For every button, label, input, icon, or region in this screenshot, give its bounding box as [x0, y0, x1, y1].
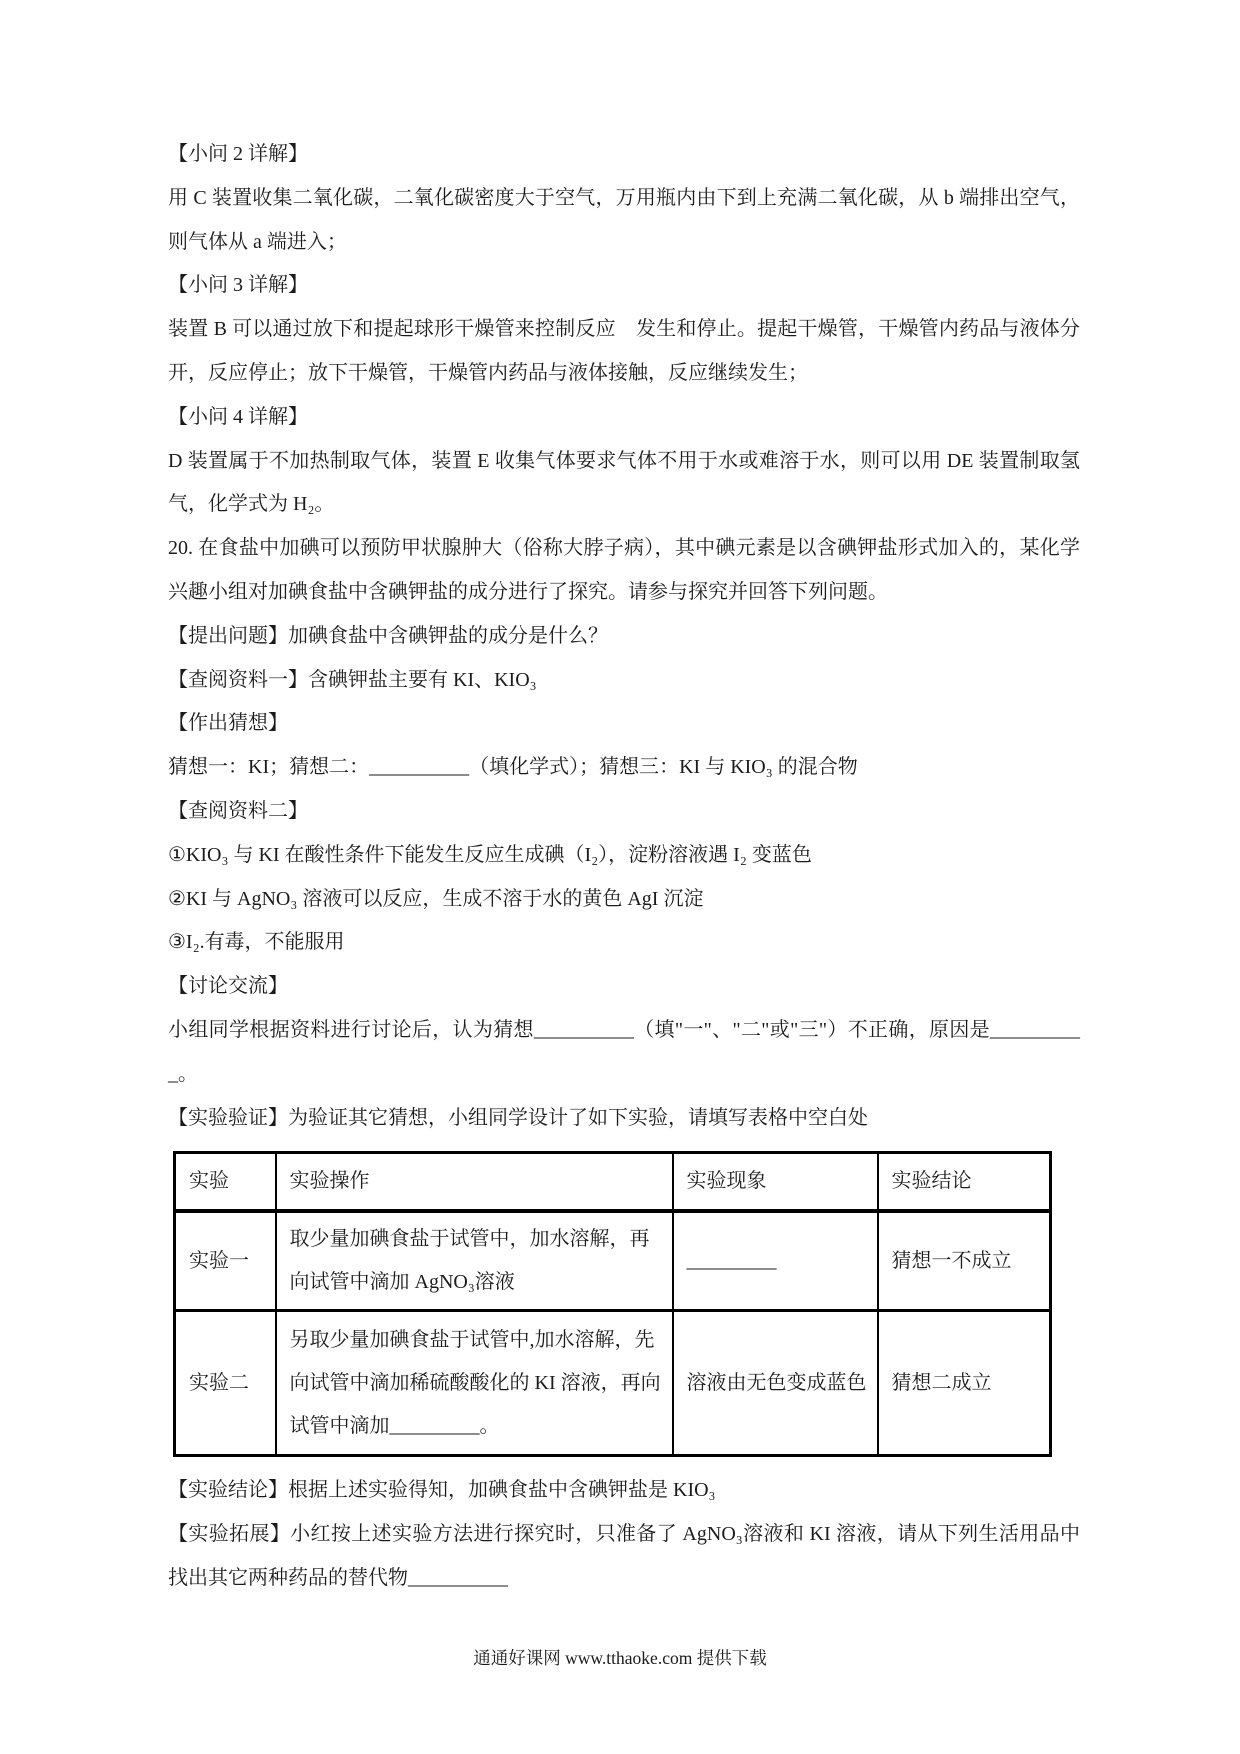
para-verification-intro: 【实验验证】为验证其它猜想，小组同学设计了如下实验，请填写表格中空白处 — [168, 1097, 1080, 1141]
column-header-phenomenon: 实验现象 — [673, 1153, 878, 1211]
document-page: 【小问 2 详解】 用 C 装置收集二氧化碳，二氧化碳密度大于空气，万用瓶内由下… — [0, 0, 1240, 1754]
para-detail-q2: 用 C 装置收集二氧化碳，二氧化碳密度大于空气，万用瓶内由下到上充满二氧化碳，从… — [168, 177, 1080, 265]
cell-experiment-2-phenomenon: 溶液由无色变成蓝色 — [673, 1311, 878, 1456]
heading-detail-q2: 【小问 2 详解】 — [168, 133, 1080, 177]
para-reference-material-1: 【查阅资料一】含碘钾盐主要有 KI、KIO₃ — [168, 659, 1080, 703]
table-header-row: 实验 实验操作 实验现象 实验结论 — [175, 1153, 1051, 1211]
para-experiment-extension: 【实验拓展】小红按上述实验方法进行探究时，只准备了 AgNO₃溶液和 KI 溶液… — [168, 1513, 1080, 1601]
para-discussion: 小组同学根据资料进行讨论后，认为猜想__________（填"一"、"二"或"三… — [168, 1009, 1080, 1097]
para-propose-question: 【提出问题】加碘食盐中含碘钾盐的成分是什么？ — [168, 615, 1080, 659]
para-experiment-conclusion: 【实验结论】根据上述实验得知，加碘食盐中含碘钾盐是 KIO₃ — [168, 1469, 1080, 1513]
cell-experiment-2-operation: 另取少量加碘食盐于试管中,加水溶解，先向试管中滴加稀硫酸酸化的 KI 溶液，再向… — [276, 1311, 673, 1456]
cell-experiment-2-name: 实验二 — [175, 1311, 276, 1456]
para-detail-q3: 装置 B 可以通过放下和提起球形干燥管来控制反应 发生和停止。提起干燥管，干燥管… — [168, 308, 1080, 396]
table-row-experiment-2: 实验二 另取少量加碘食盐于试管中,加水溶解，先向试管中滴加稀硫酸酸化的 KI 溶… — [175, 1311, 1051, 1456]
para-detail-q4: D 装置属于不加热制取气体，装置 E 收集气体要求气体不用于水或难溶于水，则可以… — [168, 440, 1080, 528]
para-ref2-item-3: ③I₂.有毒，不能服用 — [168, 921, 1080, 965]
cell-experiment-1-phenomenon-blank: _________ — [673, 1211, 878, 1311]
table-row-experiment-1: 实验一 取少量加碘食盐于试管中，加水溶解，再向试管中滴加 AgNO₃溶液 ___… — [175, 1211, 1051, 1311]
experiment-table: 实验 实验操作 实验现象 实验结论 实验一 取少量加碘食盐于试管中，加水溶解，再… — [173, 1151, 1052, 1457]
heading-detail-q3: 【小问 3 详解】 — [168, 264, 1080, 308]
cell-experiment-1-name: 实验一 — [175, 1211, 276, 1311]
column-header-conclusion: 实验结论 — [878, 1153, 1051, 1211]
document-content: 【小问 2 详解】 用 C 装置收集二氧化碳，二氧化碳密度大于空气，万用瓶内由下… — [168, 133, 1080, 1601]
column-header-experiment: 实验 — [175, 1153, 276, 1211]
para-ref2-item-1: ①KIO₃ 与 KI 在酸性条件下能发生反应生成碘（I₂），淀粉溶液遇 I₂ 变… — [168, 834, 1080, 878]
cell-experiment-1-conclusion: 猜想一不成立 — [878, 1211, 1051, 1311]
cell-experiment-2-conclusion: 猜想二成立 — [878, 1311, 1051, 1456]
heading-make-guesses: 【作出猜想】 — [168, 702, 1080, 746]
column-header-operation: 实验操作 — [276, 1153, 673, 1211]
footer-watermark: 通通好课网 www.tthaoke.com 提供下载 — [0, 1645, 1240, 1670]
para-guesses: 猜想一：KI；猜想二：__________（填化学式）；猜想三：KI 与 KIO… — [168, 746, 1080, 790]
heading-discussion: 【讨论交流】 — [168, 965, 1080, 1009]
cell-experiment-1-operation: 取少量加碘食盐于试管中，加水溶解，再向试管中滴加 AgNO₃溶液 — [276, 1211, 673, 1311]
para-question-20: 20. 在食盐中加碘可以预防甲状腺肿大（俗称大脖子病），其中碘元素是以含碘钾盐形… — [168, 527, 1080, 615]
heading-reference-material-2: 【查阅资料二】 — [168, 790, 1080, 834]
heading-detail-q4: 【小问 4 详解】 — [168, 396, 1080, 440]
para-ref2-item-2: ②KI 与 AgNO₃ 溶液可以反应，生成不溶于水的黄色 AgI 沉淀 — [168, 878, 1080, 922]
